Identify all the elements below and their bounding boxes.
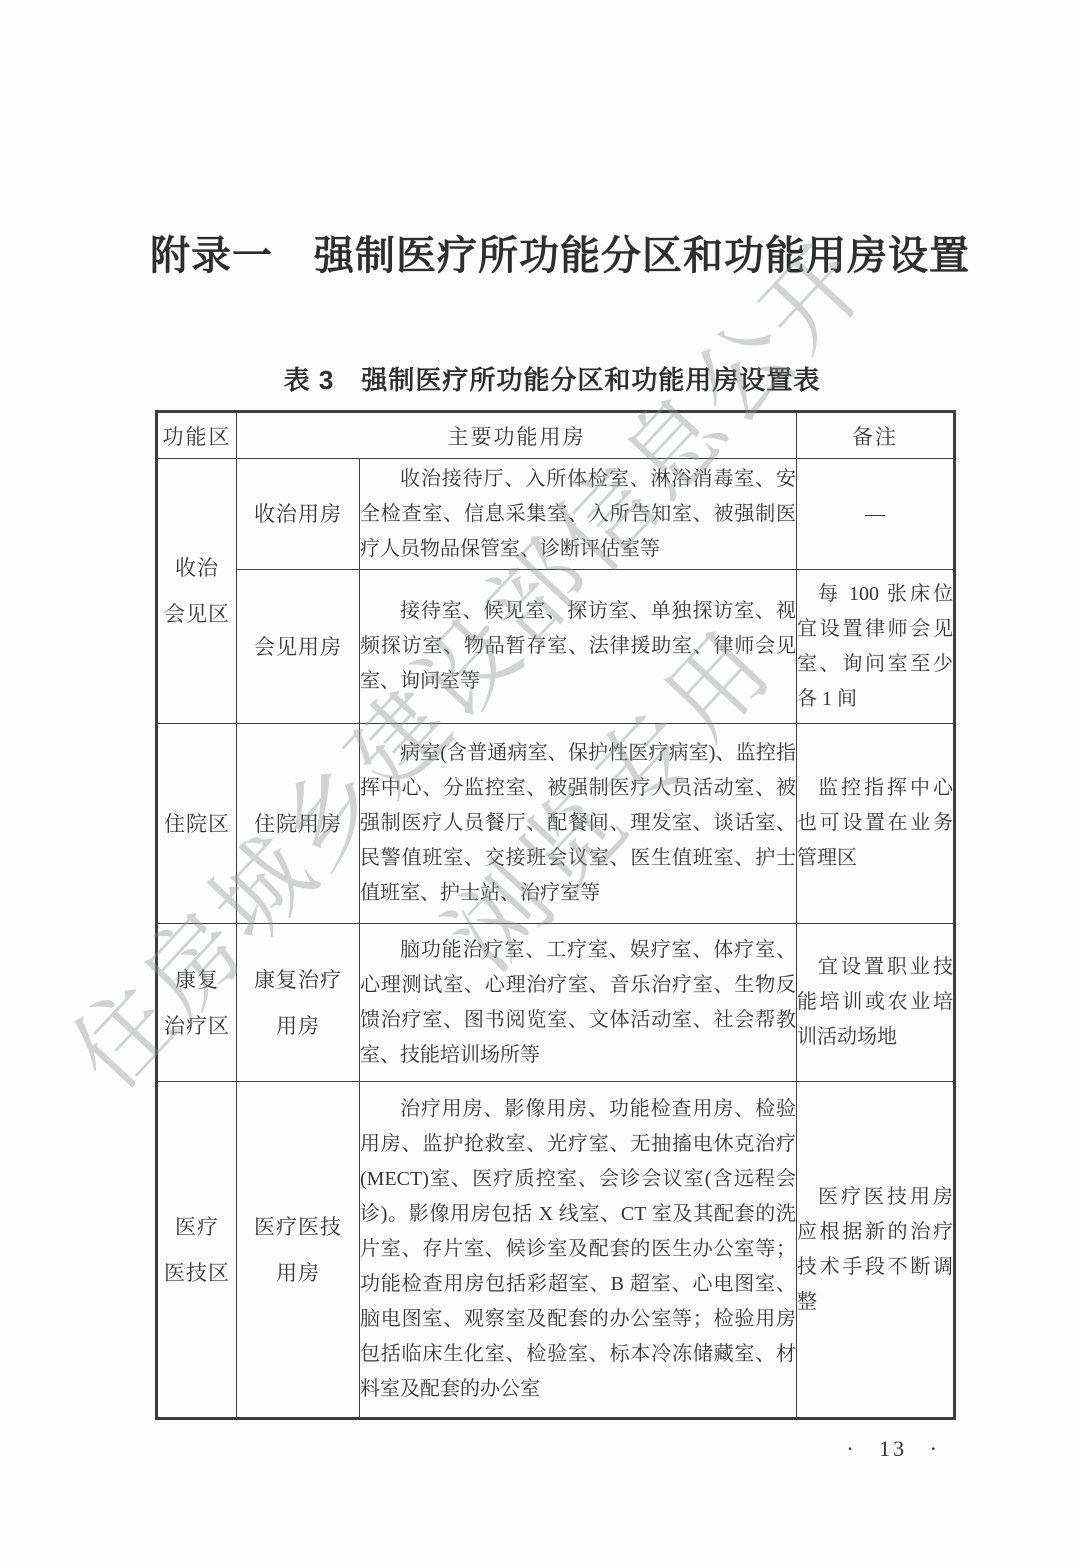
rooms-cell-zhuyuan: 病室(含普通病室、保护性医疗病室)、监控指挥中心、分监控室、被强制医疗人员活动室… xyxy=(360,724,797,924)
remark-cell-yiliao-yiji: 医疗医技用房应根据新的治疗技术手段不断调整 xyxy=(797,1082,955,1419)
remark-cell-zhuyuan: 监控指挥中心也可设置在业务管理区 xyxy=(797,724,955,924)
page-number: · 13 · xyxy=(150,1436,940,1462)
remark-cell-kangfu: 宜设置职业技能培训或农业培训活动场地 xyxy=(797,924,955,1082)
category-cell-zhuyuan: 住院用房 xyxy=(237,724,360,924)
document-page: 附录一 强制医疗所功能分区和功能用房设置 表 3 强制医疗所功能分区和功能用房设… xyxy=(0,0,1080,1567)
appendix-title: 附录一 强制医疗所功能分区和功能用房设置 xyxy=(150,224,954,281)
category-cell-shouzhi: 收治用房 xyxy=(237,459,360,570)
zone-cell-zhuyuan: 住院区 xyxy=(157,724,237,924)
table-row: 收治 会见区 收治用房 收治接待厅、入所体检室、淋浴消毒室、安全检查室、信息采集… xyxy=(157,459,955,570)
category-cell-yiliao-yiji: 医疗医技 用房 xyxy=(237,1082,360,1419)
table-row: 住院区 住院用房 病室(含普通病室、保护性医疗病室)、监控指挥中心、分监控室、被… xyxy=(157,724,955,924)
header-zone: 功能区 xyxy=(157,412,237,459)
table-row: 医疗 医技区 医疗医技 用房 治疗用房、影像用房、功能检查用房、检验用房、监护抢… xyxy=(157,1082,955,1419)
header-remark: 备注 xyxy=(797,412,955,459)
table-header-row: 功能区 主要功能用房 备注 xyxy=(157,412,955,459)
rooms-cell-kangfu: 脑功能治疗室、工疗室、娱疗室、体疗室、心理测试室、心理治疗室、音乐治疗室、生物反… xyxy=(360,924,797,1082)
header-rooms: 主要功能用房 xyxy=(237,412,797,459)
remark-cell-shouzhi: — xyxy=(797,459,955,570)
table-row: 会见用房 接待室、候见室、探访室、单独探访室、视频探访室、物品暂存室、法律援助室… xyxy=(157,570,955,724)
category-cell-huijian: 会见用房 xyxy=(237,570,360,724)
category-cell-kangfu: 康复治疗 用房 xyxy=(237,924,360,1082)
table-caption: 表 3 强制医疗所功能分区和功能用房设置表 xyxy=(150,360,954,397)
zone-cell-kangfu: 康复 治疗区 xyxy=(157,924,237,1082)
rooms-cell-yiliao-yiji: 治疗用房、影像用房、功能检查用房、检验用房、监护抢救室、光疗室、无抽搐电休克治疗… xyxy=(360,1082,797,1419)
rooms-cell-shouzhi: 收治接待厅、入所体检室、淋浴消毒室、安全检查室、信息采集室、入所告知室、被强制医… xyxy=(360,459,797,570)
rooms-cell-huijian: 接待室、候见室、探访室、单独探访室、视频探访室、物品暂存室、法律援助室、律师会见… xyxy=(360,570,797,724)
remark-cell-huijian: 每 100 张床位宜设置律师会见室、询问室至少各 1 间 xyxy=(797,570,955,724)
zone-cell-yiliao-yiji: 医疗 医技区 xyxy=(157,1082,237,1419)
function-rooms-table: 功能区 主要功能用房 备注 收治 会见区 收治用房 收治接待厅、入所体检室、淋浴… xyxy=(155,410,956,1420)
zone-cell-shouzhi-huijian: 收治 会见区 xyxy=(157,459,237,724)
table-row: 康复 治疗区 康复治疗 用房 脑功能治疗室、工疗室、娱疗室、体疗室、心理测试室、… xyxy=(157,924,955,1082)
